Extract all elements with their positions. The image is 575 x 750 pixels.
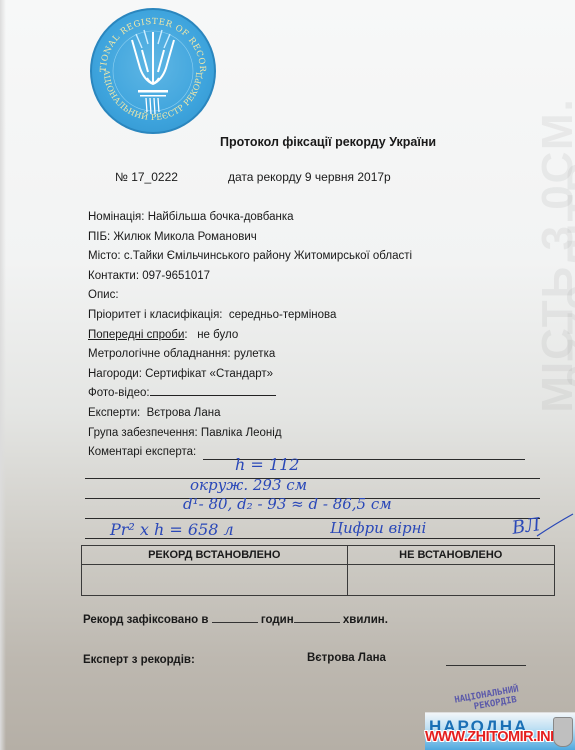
photo-video-blank [150,384,276,396]
records-expert-label: Експерт з рекордів: [83,654,195,666]
field-description: Опис: [88,286,412,306]
field-full-name: ПІБ: Жилюк Микола Романович [88,228,412,248]
handwritten-verified: Цифри вірні [330,519,426,537]
svg-text:NATIONAL REGISTER OF RECORDS: NATIONAL REGISTER OF RECORDS [92,10,207,73]
record-number: № 17_0222 [115,170,178,184]
field-nomination: Номінація: Найбільша бочка-довбанка [88,208,412,228]
comment-line [85,518,540,519]
record-fixed-time: Рекорд зафіксовано в годин хвилин. [83,612,388,626]
hours-blank [212,612,258,623]
site-watermark: НАРОДНА WWW.ZHITOMIR.INFO [425,712,575,750]
result-table: РЕКОРД ВСТАНОВЛЕНО НЕ ВСТАНОВЛЕНО [81,545,555,596]
handwritten-diameter: d¹- 80, d₂ - 93 ≈ d - 86,5 см [183,495,392,513]
field-city: Місто: с.Тайки Ємільчинського району Жит… [88,247,412,267]
field-previous-attempts: Попередні спроби: не було [88,326,412,346]
signature-line [446,665,526,666]
record-fields: Номінація: Найбільша бочка-довбанка ПІБ:… [88,208,412,463]
minutes-blank [294,612,340,623]
watermark-site: WWW.ZHITOMIR.INFO [425,729,569,745]
show-through-text-right-2: МІСТЬ 3 0СМ. [533,97,575,413]
field-awards: Нагороди: Сертифікат «Стандарт» [88,365,412,385]
handwritten-circumference: окруж. 293 см [190,476,307,494]
records-expert-name: Вєтрова Лана [307,652,386,664]
official-stamp: НАЦІОНАЛЬНИЙ РЕКОРДІВ [454,685,522,716]
page-title: Протокол фіксації рекорду України [220,135,436,149]
handwritten-height: h = 112 [235,455,299,474]
national-register-logo: NATIONAL REGISTER OF RECORDS НАЦІОНАЛЬНИ… [90,8,216,134]
field-equipment: Метрологічне обладнання: рулетка [88,345,412,365]
page-edge [0,0,6,750]
record-not-established-header: НЕ ВСТАНОВЛЕНО [347,546,555,565]
record-date: дата рекорду 9 червня 2017р [228,170,391,184]
handwritten-volume: Pr² x h = 658 л [110,520,234,539]
field-photo-video: Фото-відео: [88,384,412,404]
field-support-group: Група забезпечення: Павліка Леонід [88,424,412,444]
record-established-header: РЕКОРД ВСТАНОВЛЕНО [82,546,348,565]
comment-line [85,478,540,479]
field-contacts: Контакти: 097-9651017 [88,267,412,287]
field-experts: Експерти: Вєтрова Лана [88,404,412,424]
record-protocol-page: ДОВБАНКА 0779 ЛІТР МІСТЬ 3 0СМ. NATIONAL… [0,0,575,750]
record-not-established-cell [347,565,555,596]
signature-stroke [535,510,575,540]
field-priority: Пріоритет і класифікація: середньо-термі… [88,306,412,326]
national-register-emblem-icon: NATIONAL REGISTER OF RECORDS НАЦІОНАЛЬНИ… [92,10,214,132]
record-established-cell [82,565,348,596]
city-crest-icon [553,717,573,747]
